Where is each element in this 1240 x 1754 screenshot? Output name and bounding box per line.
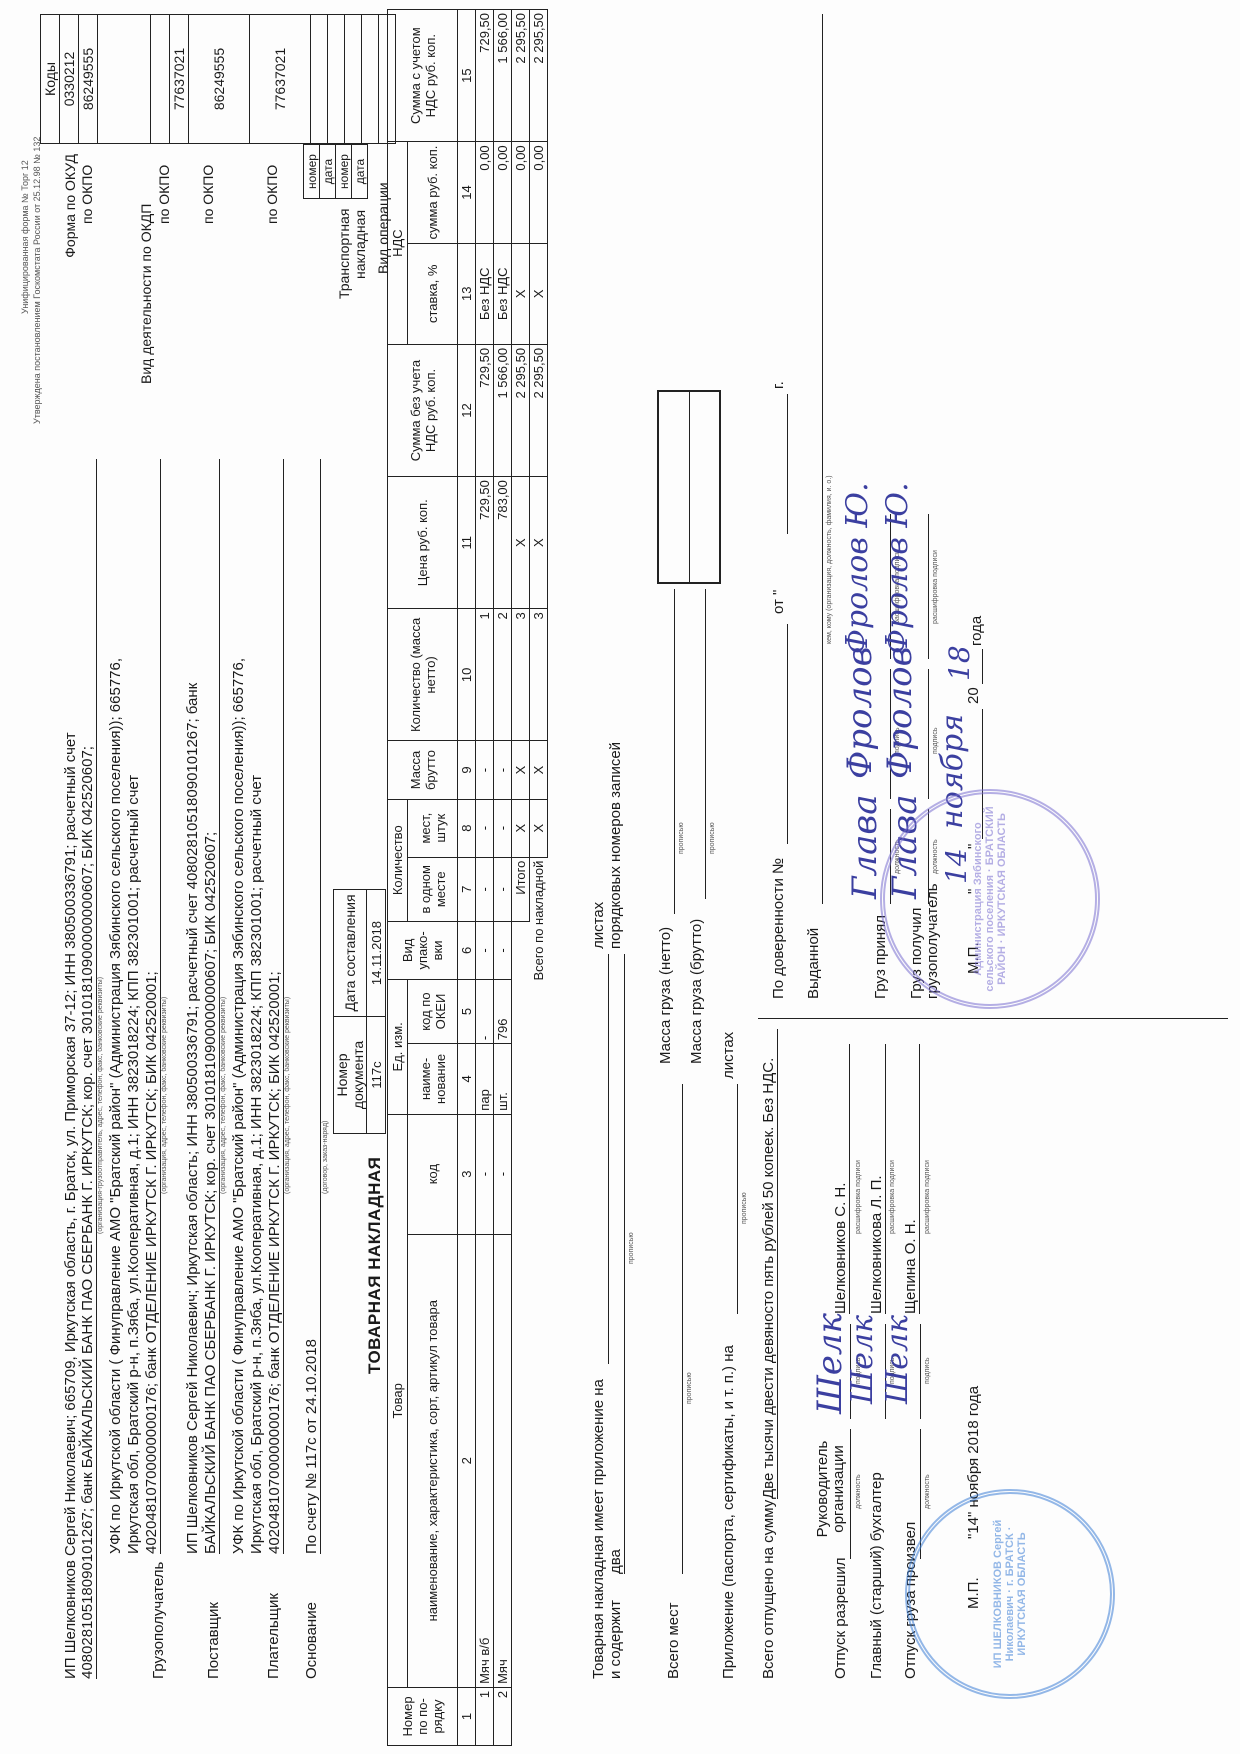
okpo-label-2: по ОКПО: [156, 165, 172, 224]
cell-price: 783,00: [494, 477, 512, 609]
power-of-attorney-label: По доверенности №: [770, 858, 787, 999]
cell-sum-novat: 729,50: [476, 344, 494, 476]
chief-accountant-label: Главный (старший) бухгалтер: [868, 1472, 885, 1679]
supplier-caption: (организация, адрес, телефон, факс, банк…: [220, 997, 227, 1194]
payer-caption: (организация, адрес, телефон, факс, банк…: [284, 997, 291, 1194]
okud-label: Форма по ОКУД: [62, 154, 78, 384]
shipper-line2: 40802810518090101267; банк БАЙКАЛЬСКИЙ Б…: [79, 459, 97, 1679]
okpo-label-3: по ОКПО: [200, 165, 216, 224]
codes-header: Коды: [41, 15, 60, 144]
year-g: г.: [770, 381, 787, 389]
contains-label: и содержит: [607, 1600, 624, 1679]
director-position: Руководитель организации: [815, 1429, 847, 1549]
cell-vat-rate: Без НДС: [494, 243, 512, 344]
cell-sum-vat: 729,50: [476, 10, 494, 142]
cell-in-one: -: [494, 857, 512, 921]
supplier-label: Поставщик: [205, 1602, 222, 1679]
contains-value: два: [607, 954, 625, 1574]
cell-places: -: [494, 799, 512, 857]
cell-price: 729,50: [476, 477, 494, 609]
from-label: от ": [770, 590, 787, 614]
cell-sum-vat: 1 566,00: [494, 10, 512, 142]
director-signature: Шелк: [810, 1313, 850, 1414]
cell-pack: -: [476, 921, 494, 979]
okdp-code: [151, 15, 170, 144]
attach-sheets: листах: [590, 902, 607, 949]
okpo-label-4: по ОКПО: [264, 165, 280, 224]
consignee-line1: УФК по Иркутской области ( Финуправление…: [107, 658, 124, 1554]
empty-code: [98, 15, 151, 144]
cell-name: Мяч: [494, 1234, 512, 1687]
consignee-label: Грузополучатель: [150, 1562, 167, 1679]
payer-line2: Иркутская обл, Братский р-н, п.Зяба, ул.…: [248, 775, 265, 1554]
cell-vat-sum: 0,00: [494, 142, 512, 243]
amount-label: Всего отпущено на сумму: [760, 1500, 777, 1679]
cell-gross: -: [476, 741, 494, 799]
cell-sum-novat: 1 566,00: [494, 344, 512, 476]
amount-value: Две тысячи двести девяносто пять рублей …: [760, 1029, 778, 1499]
mass-gross-label: Масса груза (брутто): [688, 919, 705, 1064]
cell-qty: 2: [494, 609, 512, 741]
cell-okei: 796: [494, 979, 512, 1043]
shipper-line1: ИП Шелковников Сергей Николаевич; 665709…: [62, 732, 79, 1679]
cell-num: 1: [476, 1687, 494, 1745]
table-row: 2Мяч-шт.796----2783,001 566,00Без НДС0,0…: [494, 10, 512, 1746]
cell-places: -: [476, 799, 494, 857]
okdp-label: Вид деятельности по ОКДП: [138, 204, 154, 384]
transport-subtable: номер дата номер дата: [303, 144, 368, 199]
accepted-signature: Фролов: [840, 647, 880, 779]
okpo-consignee-code: 77637021: [170, 15, 189, 144]
document-number-table: Номер документа Дата составления 117с 14…: [333, 889, 386, 1134]
cell-okei: -: [476, 979, 494, 1043]
attach-text: Товарная накладная имеет приложение на: [590, 1379, 607, 1679]
payer-label: Плательщик: [265, 1593, 282, 1679]
payer-line1: УФК по Иркутской области ( Финуправление…: [230, 658, 247, 1554]
waybill-page: Унифицированная форма № Торг 12 Утвержде…: [0, 0, 1240, 1754]
cell-gross: -: [494, 741, 512, 799]
okpo-supplier-code: 86249555: [189, 15, 250, 144]
consignee-line3: 40204810700000000176; банк ОТДЕЛЕНИЕ ИРК…: [143, 459, 161, 1554]
records-label: порядковых номеров записей: [607, 742, 624, 949]
director-name: Шелковников С. Н.: [832, 1044, 850, 1314]
okpo-shipper-code: 86249555: [79, 15, 98, 144]
released-signature: Шелк: [880, 1315, 915, 1404]
accountant-name: Шелковникова Л. П.: [868, 1044, 886, 1314]
cell-code: -: [476, 1114, 494, 1234]
document-date: 14.11.2018: [367, 890, 386, 1017]
accountant-signature: Шелк: [845, 1315, 880, 1404]
cell-name: Мяч в/б: [476, 1234, 494, 1687]
total-row: Итого X X 3 X 2 295,50 X 0,00 2 295,50: [512, 10, 530, 1746]
appendix-label: Приложение (паспорта, сертификаты, и т. …: [720, 1345, 737, 1679]
cell-vat-sum: 0,00: [476, 142, 494, 243]
goods-table: Номер по по- рядку Товар Ед. изм. Вид уп…: [387, 9, 548, 1746]
supplier-stamp: ИП ШЕЛКОВНИКОВ Сергей Николаевич · г. БР…: [905, 1489, 1115, 1699]
shipper-caption: (организация-грузоотправитель, адрес, те…: [97, 977, 104, 1234]
cell-num: 2: [494, 1687, 512, 1745]
okud-code: 0330212: [60, 15, 79, 144]
received-name-sig: Фролов Ю.: [880, 482, 915, 654]
grand-total-row: Всего по накладной X X 3 X 2 295,50 X 0,…: [530, 10, 548, 1746]
release-allowed-label: Отпуск разрешил: [832, 1558, 849, 1679]
appendix-sheets: листах: [720, 1032, 737, 1079]
basis-value: По счету № 117с от 24.10.2018: [303, 459, 321, 1554]
mass-net-label: Масса груза (нетто): [657, 927, 674, 1064]
cell-in-one: -: [476, 857, 494, 921]
column-numbers-row: 123456789101112131415: [458, 10, 476, 1746]
cell-pack: -: [494, 921, 512, 979]
consignee-line2: Иркутская обл, Братский р-н, п.Зяба, ул.…: [125, 775, 142, 1554]
consignee-caption: (организация, адрес, телефон, факс, банк…: [161, 997, 168, 1194]
supplier-line2: БАЙКАЛЬСКИЙ БАНК ПАО СБЕРБАНК Г. ИРКУТСК…: [202, 459, 220, 1554]
mass-box: [657, 390, 721, 584]
cell-vat-rate: Без НДС: [476, 243, 494, 344]
cell-code: -: [494, 1114, 512, 1234]
released-name: Щепина О. Н.: [902, 1044, 920, 1314]
cell-qty: 1: [476, 609, 494, 741]
form-caption: Унифицированная форма № Торг 12: [20, 160, 30, 314]
document-title: ТОВАРНАЯ НАКЛАДНАЯ: [365, 1157, 385, 1374]
cell-unit: пар: [476, 1044, 494, 1115]
basis-label: Основание: [303, 1602, 320, 1679]
consignee-stamp: Администрация Зябинского сельского посел…: [880, 789, 1100, 1009]
table-row: 1Мяч в/б-пар-----1729,50729,50Без НДС0,0…: [476, 10, 494, 1746]
basis-caption: (договор, заказ-наряд): [322, 1121, 329, 1194]
issued-by-label: Выданной: [805, 928, 822, 999]
supplier-line1: ИП Шелковников Сергей Николаевич; Иркутс…: [184, 683, 201, 1554]
cell-unit: шт.: [494, 1044, 512, 1115]
codes-table: Коды 0330212 86249555 77637021 86249555 …: [40, 14, 396, 144]
accepted-position-sig: Глава: [845, 795, 885, 900]
okpo-label: по ОКПО: [79, 165, 95, 224]
places-total-label: Всего мест: [665, 1602, 682, 1679]
receipt-year: 18: [943, 645, 976, 681]
accepted-name-sig: Фролов Ю.: [840, 482, 875, 654]
okpo-payer-code: 77637021: [250, 15, 311, 144]
transport-label-2: накладная: [352, 210, 368, 279]
document-number: 117с: [367, 1017, 386, 1134]
received-signature: Фролов: [880, 647, 920, 779]
payer-line3: 40204810700000000176; банк ОТДЕЛЕНИЕ ИРК…: [266, 459, 284, 1554]
transport-label: Транспортная: [336, 209, 352, 299]
form-approval: Утверждена постановлением Госкомстата Ро…: [32, 137, 42, 424]
